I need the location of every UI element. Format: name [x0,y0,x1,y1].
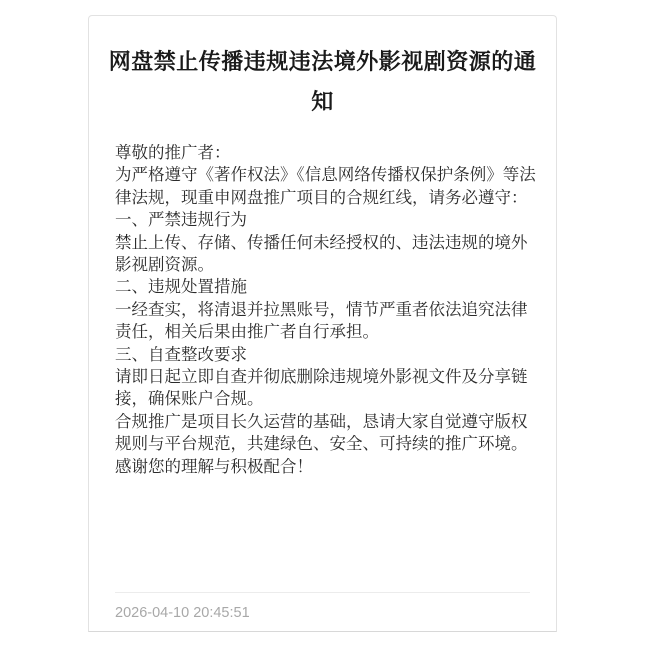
section-heading-prohibited: 一、严禁违规行为 [115,209,538,231]
closing-paragraph: 合规推广是项目长久运营的基础，恳请大家自觉遵守版权规则与平台规范，共建绿色、安全… [115,411,538,456]
post-timestamp: 2026-04-10 20:45:51 [115,605,250,621]
section-heading-self-check: 三、自查整改要求 [115,344,538,366]
section-body-prohibited: 禁止上传、存储、传播任何未经授权的、违法违规的境外影视剧资源。 [115,232,538,277]
footer-divider [115,592,530,593]
thanks-line: 感谢您的理解与积极配合！ [115,456,538,478]
notice-body: 尊敬的推广者： 为严格遵守《著作权法》《信息网络传播权保护条例》等法律法规，现重… [115,142,538,478]
notice-card: 网盘禁止传播违规违法境外影视剧资源的通知 尊敬的推广者： 为严格遵守《著作权法》… [88,15,557,632]
greeting: 尊敬的推广者： [115,142,538,164]
notice-title: 网盘禁止传播违规违法境外影视剧资源的通知 [101,43,544,123]
intro-paragraph: 为严格遵守《著作权法》《信息网络传播权保护条例》等法律法规，现重申网盘推广项目的… [115,164,538,209]
section-body-self-check: 请即日起立即自查并彻底删除违规境外影视文件及分享链接，确保账户合规。 [115,366,538,411]
section-heading-penalty: 二、违规处置措施 [115,276,538,298]
section-body-penalty: 一经查实，将清退并拉黑账号，情节严重者依法追究法律责任，相关后果由推广者自行承担… [115,299,538,344]
